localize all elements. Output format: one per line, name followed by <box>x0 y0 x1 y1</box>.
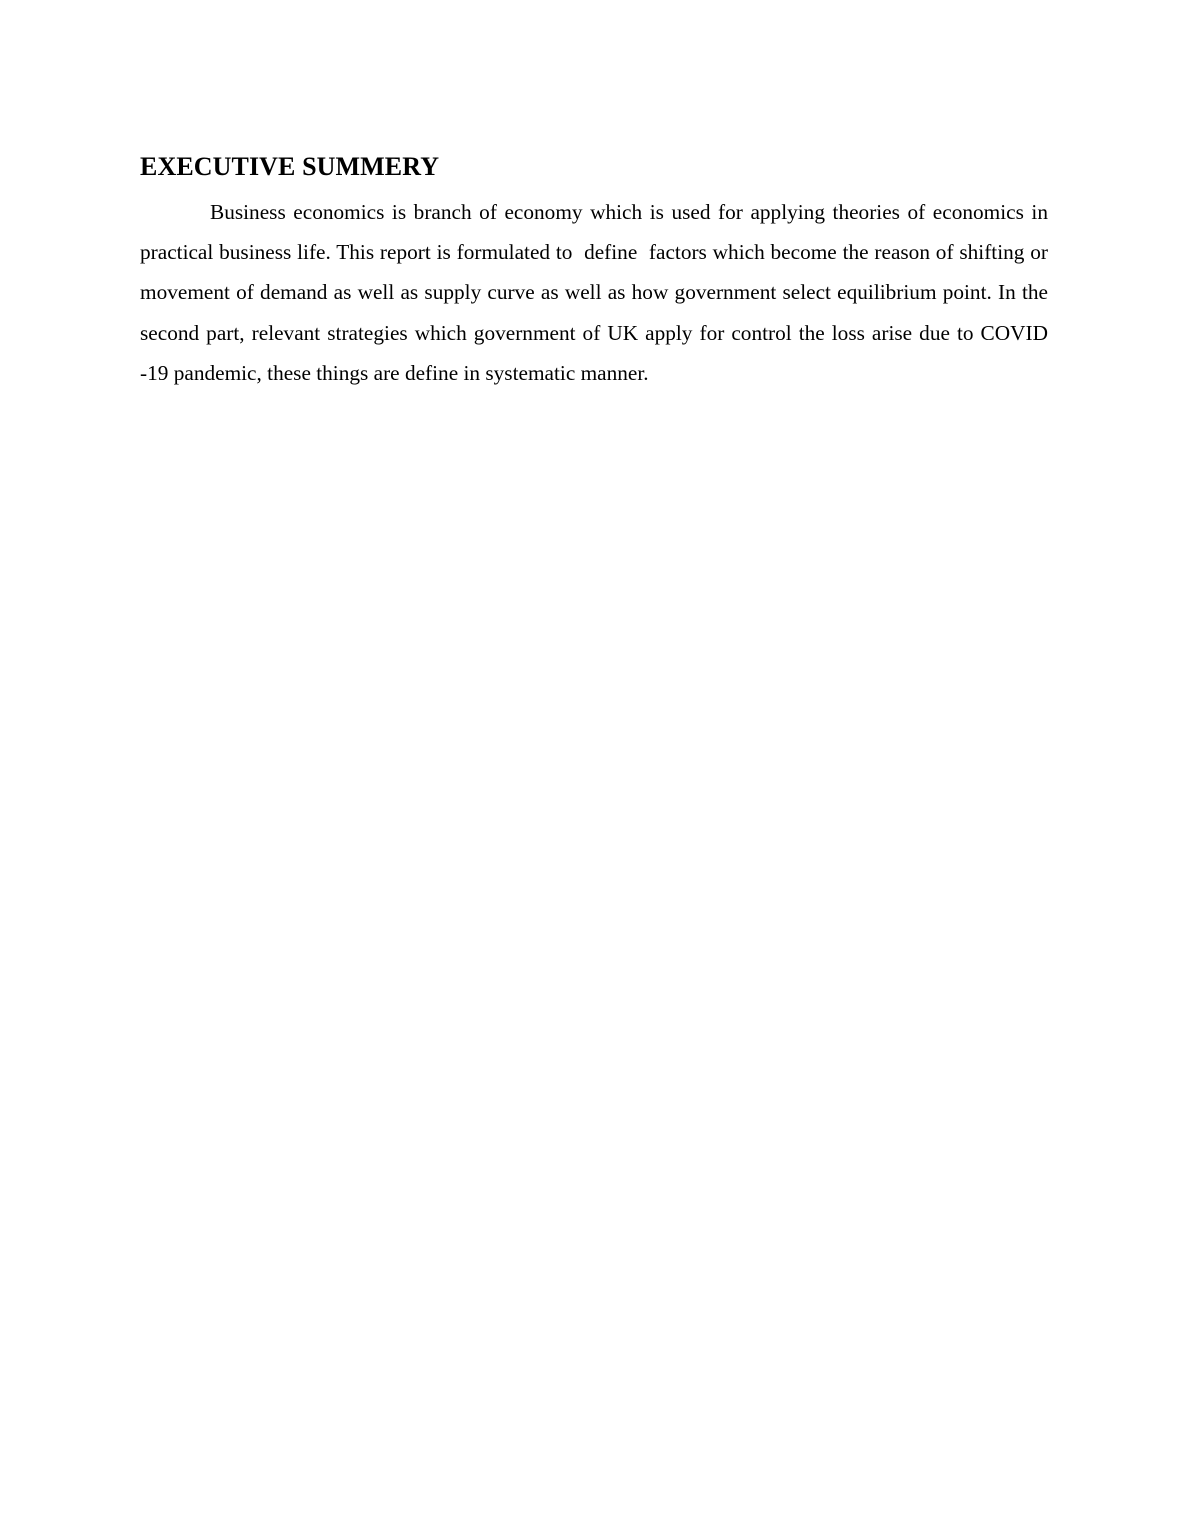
section-heading: EXECUTIVE SUMMERY <box>140 150 1048 184</box>
executive-summary-paragraph: Business economics is branch of economy … <box>140 192 1048 393</box>
document-page: EXECUTIVE SUMMERY Business economics is … <box>140 150 1048 393</box>
